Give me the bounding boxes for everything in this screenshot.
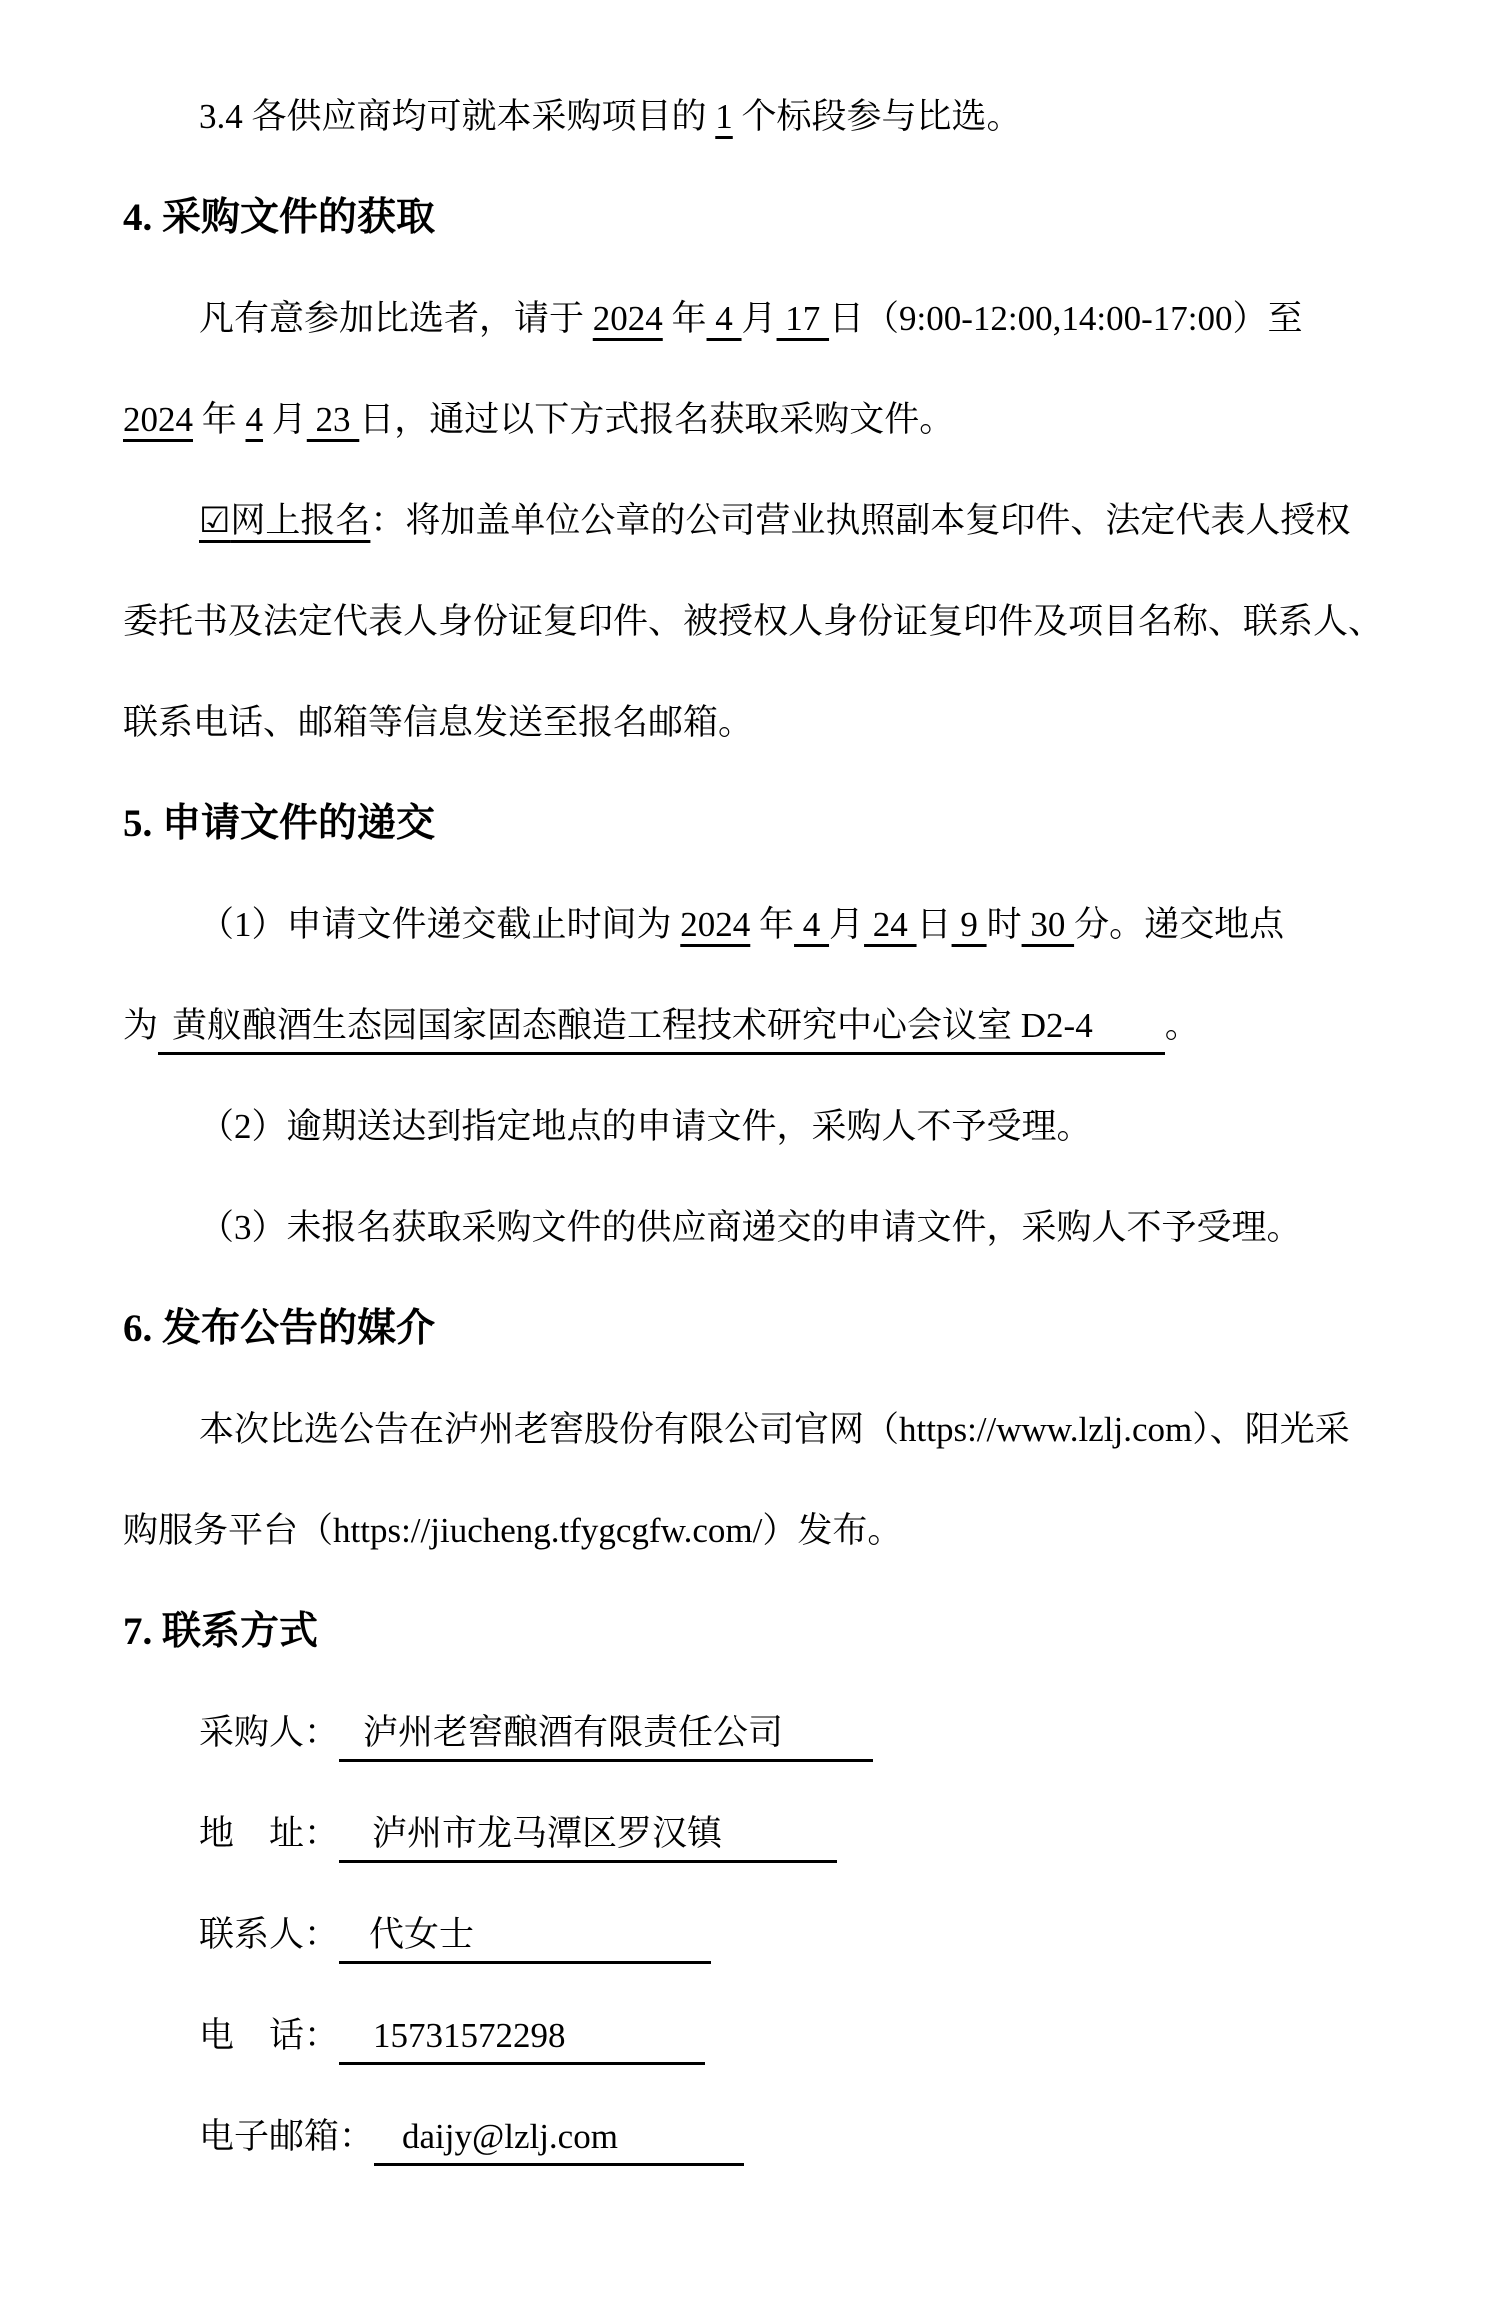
start-month-filled-value: 4 [707,299,742,338]
clause-3-4-text: 3.4 各供应商均可就本采购项目的 [199,97,715,136]
purchaser-filled-value: 泸州老窖酿酒有限责任公司 [339,1707,873,1762]
online-registration-label: 网上报名 [230,501,370,540]
clause-3-4: 3.4 各供应商均可就本采购项目的 1 个标段参与比选。 [123,66,1410,167]
para-online-registration-line-3: 联系电话、邮箱等信息发送至报名邮箱。 [123,672,1410,773]
para-online-registration-line-1: ☑网上报名：将加盖单位公章的公司营业执照副本复印件、法定代表人授权 [123,470,1410,571]
phone-label: 电 话： [199,2016,339,2055]
para-announcement-media-line-1: 本次比选公告在泸州老窖股份有限公司官网（https://www.lzlj.com… [123,1379,1410,1480]
address-filled-value: 泸州市龙马潭区罗汉镇 [339,1808,837,1863]
contact-person-filled-value: 代女士 [339,1909,711,1964]
deadline-month-filled-value: 4 [794,905,829,944]
contact-row-address: 地 址：泸州市龙马潭区罗汉镇 [123,1783,1410,1884]
email-filled-value: daijy@lzlj.com [374,2111,744,2166]
contact-person-label: 联系人： [199,1915,339,1954]
deadline-day-filled-value: 24 [864,905,917,944]
end-day-filled-value: 23 [307,400,360,439]
deadline-hour-filled-value: 9 [952,905,987,944]
submission-location-filled-value: 黄舣酿酒生态园国家固态酿造工程技术研究中心会议室 D2-4 [158,1000,1165,1055]
heading-section-5: 5. 申请文件的递交 [123,773,1410,874]
para-announcement-media-line-2: 购服务平台（https://jiucheng.tfygcgfw.com/）发布。 [123,1480,1410,1581]
clause-3-4-text-tail: 个标段参与比选。 [733,97,1022,136]
heading-section-7: 7. 联系方式 [123,1581,1410,1682]
contact-row-phone: 电 话：15731572298 [123,1985,1410,2086]
para-submission-deadline: （1）申请文件递交截止时间为 2024 年 4 月 24 日 9 时 30 分。… [123,874,1410,975]
heading-section-4: 4. 采购文件的获取 [123,167,1410,268]
end-year-filled-value: 2024 [123,400,193,439]
document-page: 3.4 各供应商均可就本采购项目的 1 个标段参与比选。 4. 采购文件的获取 … [0,0,1500,2314]
phone-filled-value: 15731572298 [339,2010,705,2065]
start-year-filled-value: 2024 [593,299,663,338]
para-obtain-documents-line-2: 2024 年 4 月 23 日，通过以下方式报名获取采购文件。 [123,369,1410,470]
deadline-minute-filled-value: 30 [1022,905,1075,944]
para-online-registration-line-2: 委托书及法定代表人身份证复印件、被授权人身份证复印件及项目名称、联系人、 [123,571,1410,672]
para-obtain-documents-line-1: 凡有意参加比选者，请于 2024 年 4 月 17 日（9:00-12:00,1… [123,268,1410,369]
purchaser-label: 采购人： [199,1713,339,1752]
start-day-filled-value: 17 [777,299,830,338]
deadline-year-filled-value: 2024 [680,905,750,944]
contact-row-purchaser: 采购人：泸州老窖酿酒有限责任公司 [123,1682,1410,1783]
document-body: 3.4 各供应商均可就本采购项目的 1 个标段参与比选。 4. 采购文件的获取 … [123,66,1410,2187]
online-registration-option: ☑网上报名 [199,501,370,540]
address-label: 地 址： [199,1814,339,1853]
end-month-filled-value: 4 [246,400,264,439]
contact-row-contact-person: 联系人：代女士 [123,1884,1410,1985]
lot-count-filled-value: 1 [715,97,733,136]
para-submission-location: 为黄舣酿酒生态园国家固态酿造工程技术研究中心会议室 D2-4。 [123,975,1410,1076]
para-overdue-rejection: （2）逾期送达到指定地点的申请文件，采购人不予受理。 [123,1076,1410,1177]
contact-row-email: 电子邮箱：daijy@lzlj.com [123,2086,1410,2187]
email-label: 电子邮箱： [199,2117,374,2156]
checkbox-checked-icon: ☑ [199,501,230,540]
para-unregistered-rejection: （3）未报名获取采购文件的供应商递交的申请文件，采购人不予受理。 [123,1177,1410,1278]
heading-section-6: 6. 发布公告的媒介 [123,1278,1410,1379]
